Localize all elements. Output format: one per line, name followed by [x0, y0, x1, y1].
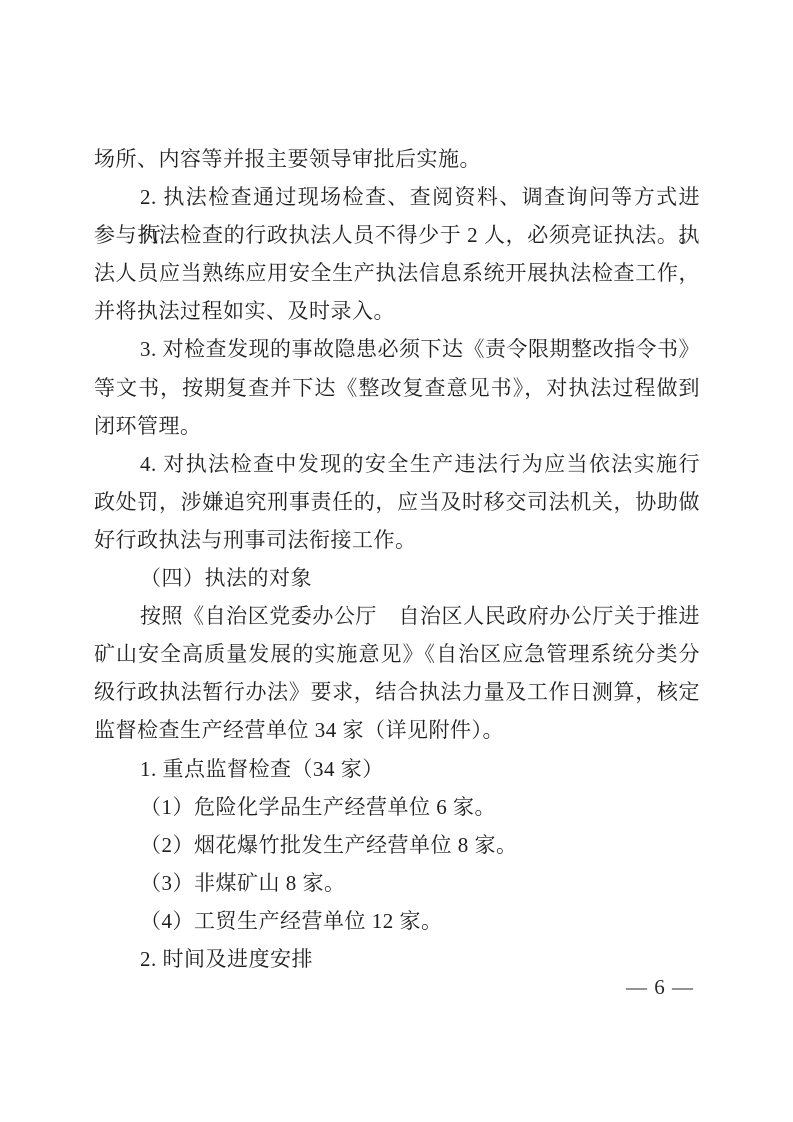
text-line: 场所、内容等并报主要领导审批后实施。: [94, 140, 700, 178]
text-line: 级行政执法暂行办法》要求，结合执法力量及工作日测算，核定: [94, 673, 700, 711]
text-line: 1. 重点监督检查（34 家）: [94, 750, 700, 788]
text-line: 参与执法检查的行政执法人员不得少于 2 人，必须亮证执法。执: [94, 216, 700, 254]
document-page: 场所、内容等并报主要领导审批后实施。2. 执法检查通过现场检查、查阅资料、调查询…: [0, 0, 793, 1122]
text-line: （四）执法的对象: [94, 559, 700, 597]
text-line: 并将执法过程如实、及时录入。: [94, 292, 700, 330]
text-line: （3）非煤矿山 8 家。: [94, 864, 700, 902]
text-line: 法人员应当熟练应用安全生产执法信息系统开展执法检查工作，: [94, 254, 700, 292]
text-line: （2）烟花爆竹批发生产经营单位 8 家。: [94, 826, 700, 864]
text-line: 3. 对检查发现的事故隐患必须下达《责令限期整改指令书》: [94, 330, 700, 368]
text-line: 等文书，按期复查并下达《整改复查意见书》，对执法过程做到: [94, 369, 700, 407]
text-line: （4）工贸生产经营单位 12 家。: [94, 902, 700, 940]
text-line: 闭环管理。: [94, 407, 700, 445]
text-line: 4. 对执法检查中发现的安全生产违法行为应当依法实施行: [94, 445, 700, 483]
text-line: （1）危险化学品生产经营单位 6 家。: [94, 788, 700, 826]
text-line: 矿山安全高质量发展的实施意见》《自治区应急管理系统分类分: [94, 635, 700, 673]
text-line: 监督检查生产经营单位 34 家（详见附件）。: [94, 711, 700, 749]
text-line: 按照《自治区党委办公厅 自治区人民政府办公厅关于推进: [94, 597, 700, 635]
document-lines: 场所、内容等并报主要领导审批后实施。2. 执法检查通过现场检查、查阅资料、调查询…: [94, 140, 700, 978]
text-line: 2. 执法检查通过现场检查、查阅资料、调查询问等方式进行。: [94, 178, 700, 216]
text-line: 政处罚，涉嫌追究刑事责任的，应当及时移交司法机关，协助做: [94, 483, 700, 521]
page-number: — 6 —: [625, 972, 695, 1002]
text-line: 好行政执法与刑事司法衔接工作。: [94, 521, 700, 559]
text-line: 2. 时间及进度安排: [94, 940, 700, 978]
